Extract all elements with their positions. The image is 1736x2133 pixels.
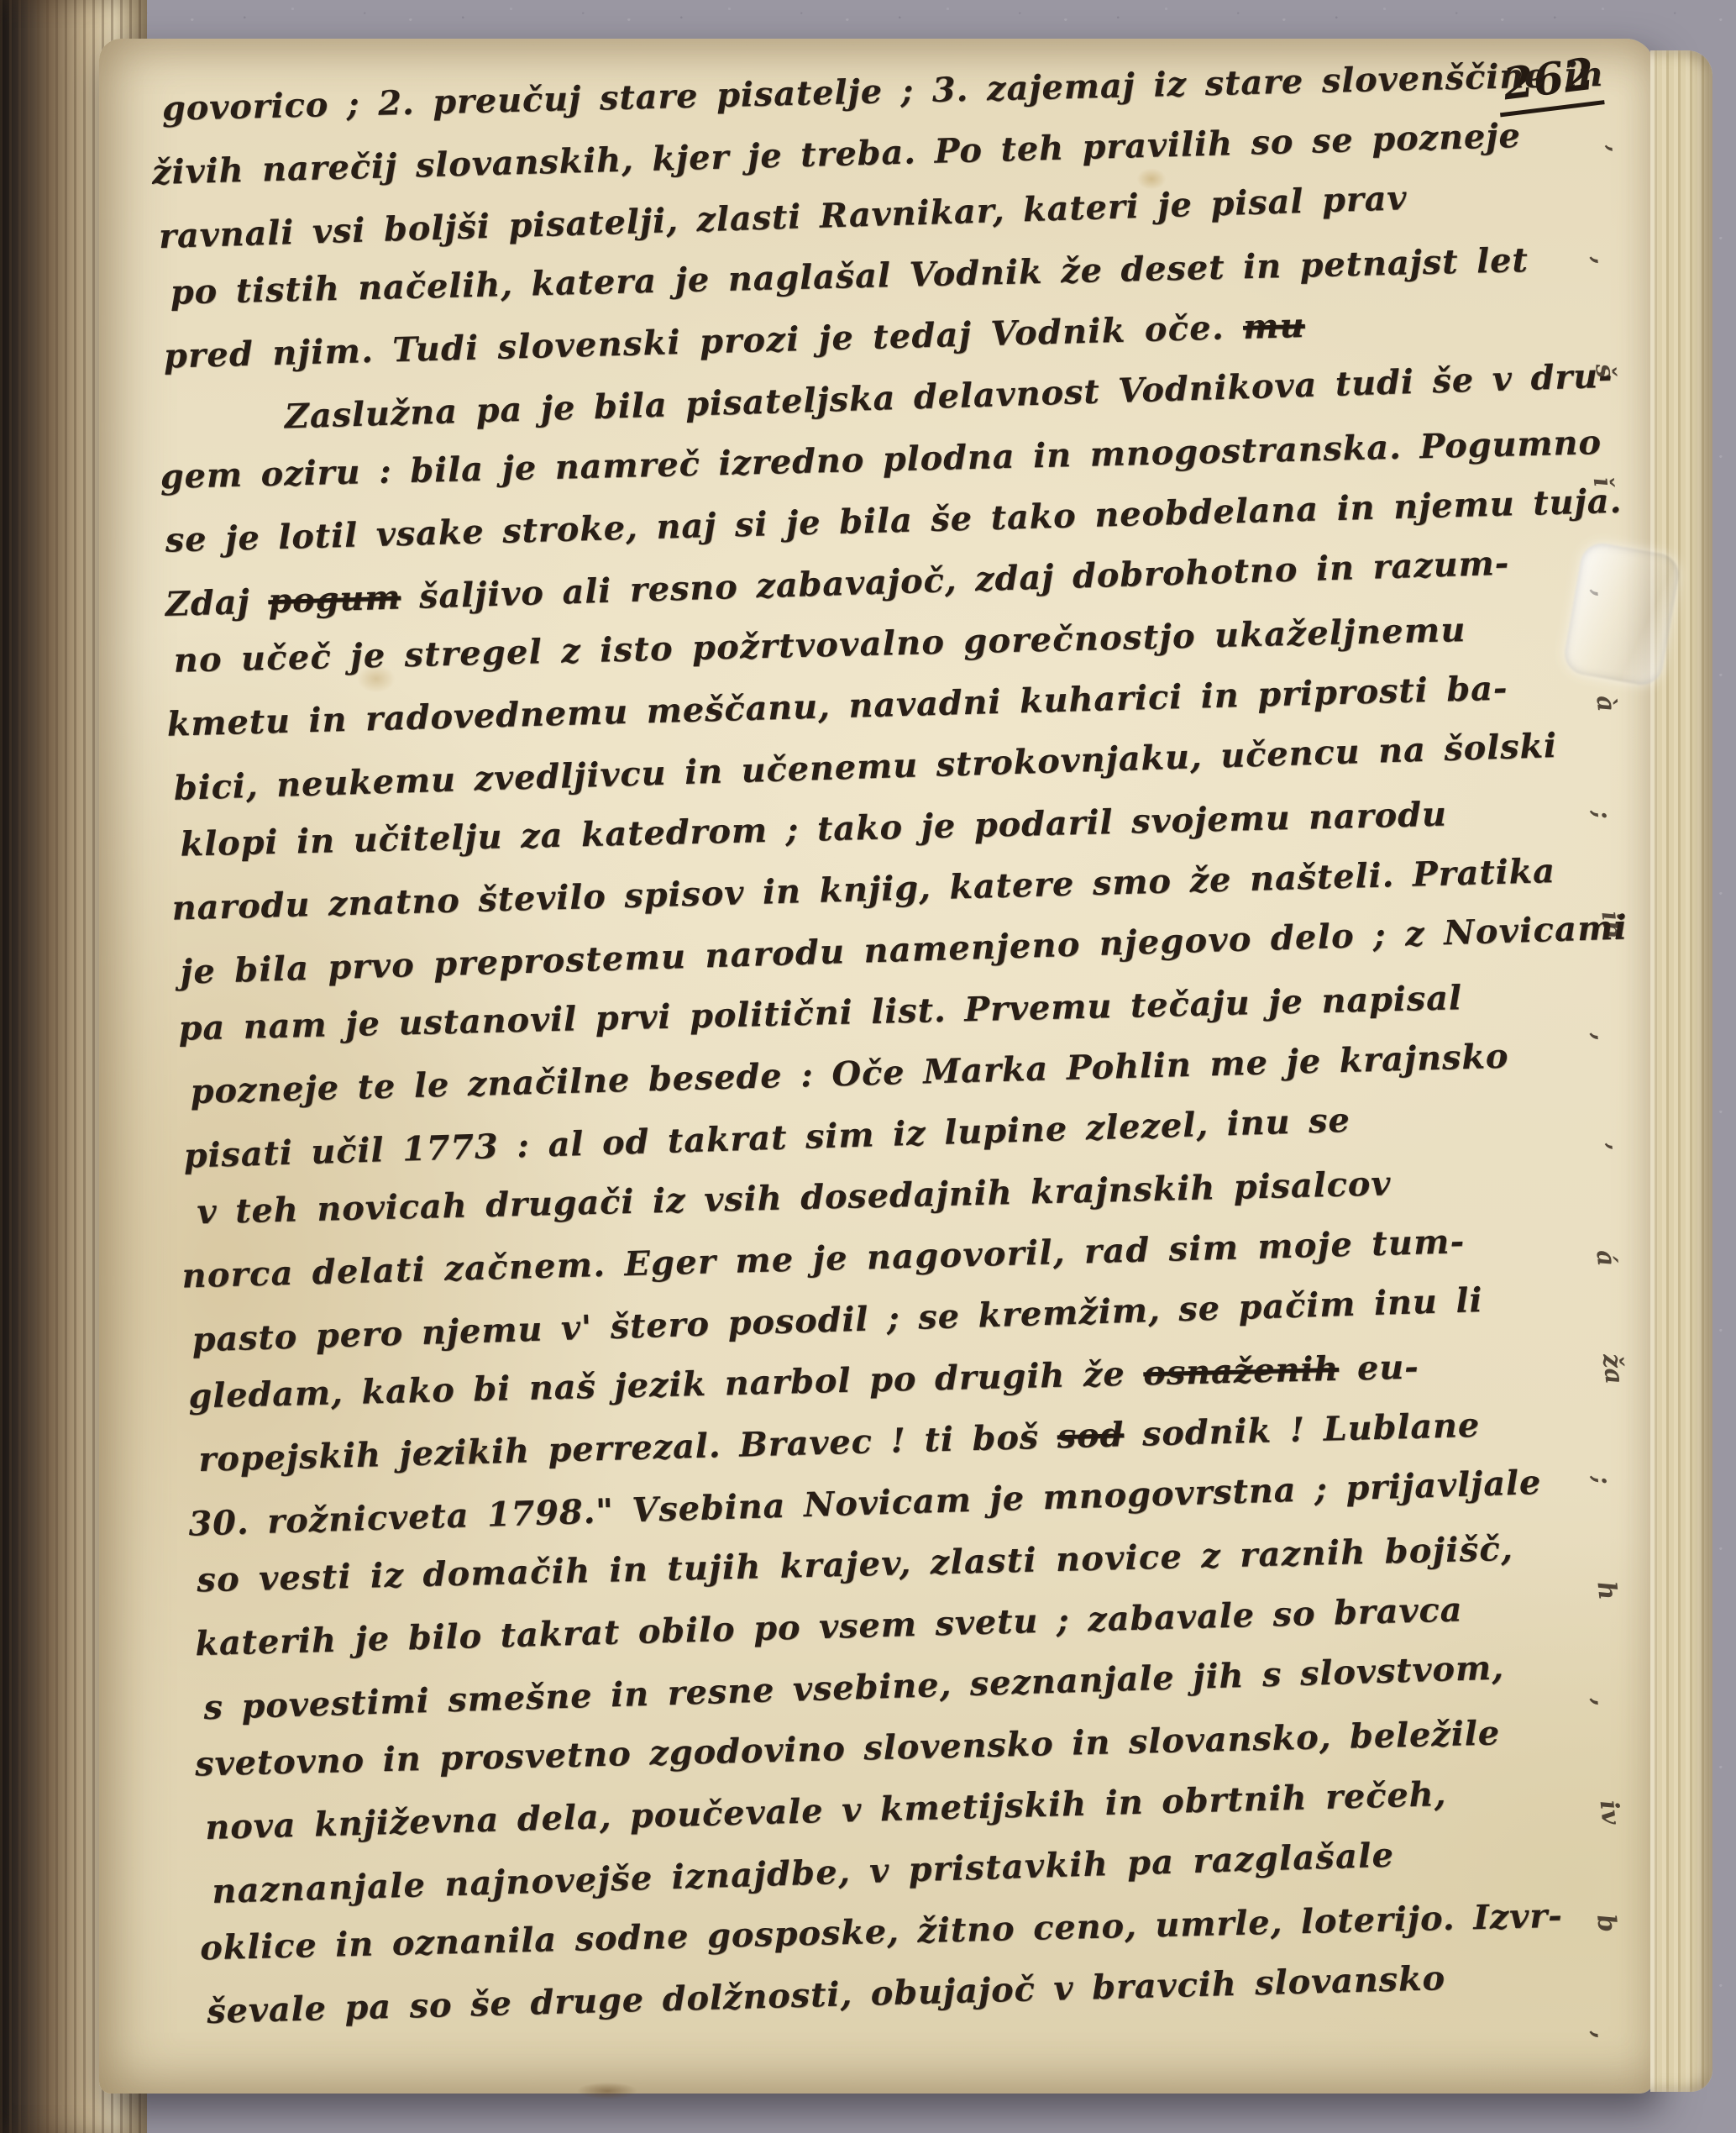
line-text: Zdaj	[165, 581, 269, 624]
margin-mark: á	[1590, 1248, 1621, 1268]
margin-mark: ih	[1595, 910, 1627, 941]
margin-mark: ,	[1587, 2028, 1617, 2040]
text-block: govorico ; 2. preučuj stare pisatelje ; …	[149, 41, 1664, 2042]
margin-mark: iv	[1594, 1799, 1626, 1826]
line-text: sodnik ! Lublane	[1124, 1405, 1481, 1454]
margin-mark: à	[1590, 694, 1621, 713]
struck-text: mu	[1242, 306, 1305, 347]
line-text: gledam, kako bi naš jezik narbol po drug…	[188, 1353, 1144, 1416]
margin-mark: b	[1591, 1913, 1622, 1934]
margin-mark: ,	[1587, 1695, 1617, 1707]
struck-text: sod	[1057, 1415, 1125, 1456]
manuscript-photo: 262 govorico ; 2. preučuj stare pisatelj…	[0, 0, 1736, 2133]
struck-text: osnaženih	[1143, 1349, 1340, 1394]
line-text: eu-	[1339, 1348, 1419, 1389]
margin-mark: ;	[1587, 808, 1618, 821]
margin-mark: ,	[1587, 254, 1617, 265]
margin-mark: ’	[1587, 143, 1617, 155]
margin-mark: ’	[1587, 1141, 1617, 1153]
margin-mark: ,	[1587, 1030, 1617, 1042]
margin-mark: h	[1591, 1580, 1622, 1601]
margin-mark: ža	[1597, 1353, 1629, 1386]
margin-marks: ’,šǐ,à;ih,’áža;h,ivb,	[1597, 101, 1648, 2075]
margin-mark: ǐ	[1587, 475, 1618, 488]
margin-mark: š	[1589, 362, 1620, 379]
struck-text: pogum	[268, 577, 401, 621]
page-edge-stack	[1650, 50, 1712, 2092]
margin-mark: ;	[1587, 1474, 1618, 1486]
